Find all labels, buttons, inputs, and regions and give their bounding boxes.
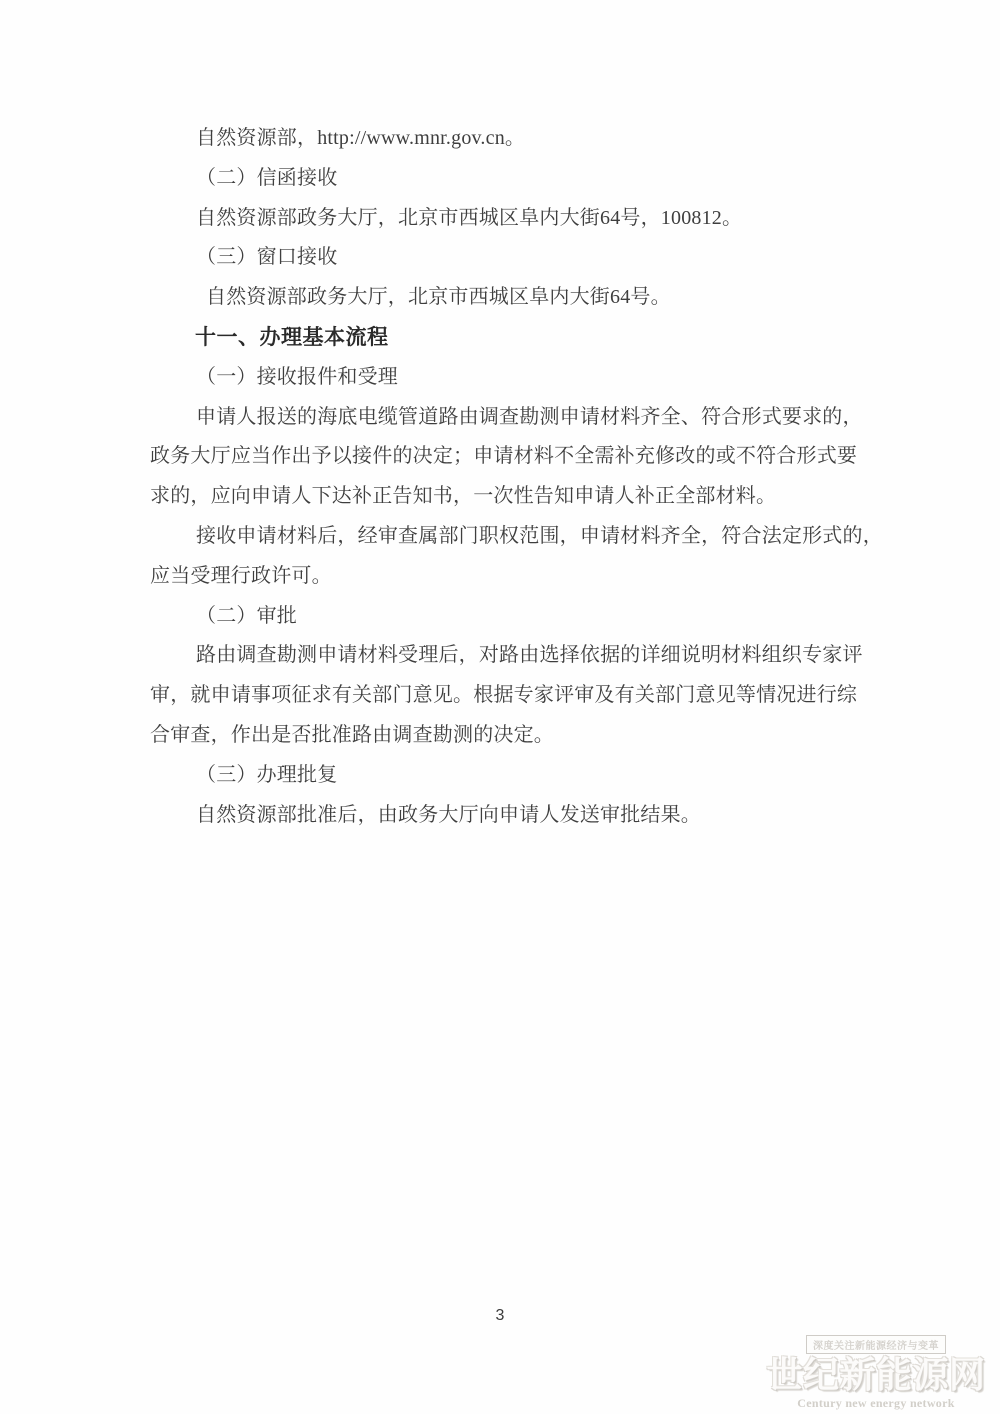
text-line: 自然资源部，http://www.mnr.gov.cn。 bbox=[150, 119, 857, 159]
text-line: 合审查，作出是否批准路由调查勘测的决定。 bbox=[150, 716, 857, 756]
text-line: 自然资源部政务大厅，北京市西城区阜内大街64号，100812。 bbox=[150, 199, 857, 239]
text-line: 求的，应向申请人下达补正告知书，一次性告知申请人补正全部材料。 bbox=[150, 477, 857, 517]
watermark: 深度关注新能源经济与变革 世纪新能源网 Century new energy n… bbox=[758, 1335, 994, 1411]
text-line: 接收申请材料后，经审查属部门职权范围，申请材料齐全，符合法定形式的， bbox=[150, 517, 857, 557]
text-line: 审，就申请事项征求有关部门意见。根据专家评审及有关部门意见等情况进行综 bbox=[150, 676, 857, 716]
text-line: 应当受理行政许可。 bbox=[150, 557, 857, 597]
text-line: （二）审批 bbox=[150, 597, 857, 637]
text-line: 申请人报送的海底电缆管道路由调查勘测申请材料齐全、符合形式要求的， bbox=[150, 398, 857, 438]
watermark-slogan: 深度关注新能源经济与变革 bbox=[806, 1335, 946, 1354]
text-line: （一）接收报件和受理 bbox=[150, 358, 857, 398]
document-page: 自然资源部，http://www.mnr.gov.cn。（二）信函接收自然资源部… bbox=[0, 0, 1000, 1414]
document-content: 自然资源部，http://www.mnr.gov.cn。（二）信函接收自然资源部… bbox=[150, 119, 857, 835]
page-number: 3 bbox=[0, 1307, 1000, 1325]
watermark-brand-logo: 世纪新能源网 bbox=[758, 1355, 994, 1395]
text-line: 自然资源部批准后，由政务大厅向申请人发送审批结果。 bbox=[150, 796, 857, 836]
text-line: 政务大厅应当作出予以接件的决定；申请材料不全需补充修改的或不符合形式要 bbox=[150, 437, 857, 477]
text-line: （二）信函接收 bbox=[150, 159, 857, 199]
section-heading: 十一、办理基本流程 bbox=[150, 318, 857, 358]
text-line: （三）窗口接收 bbox=[150, 238, 857, 278]
text-line: 自然资源部政务大厅，北京市西城区阜内大街64号。 bbox=[150, 278, 857, 318]
text-line: （三）办理批复 bbox=[150, 756, 857, 796]
text-line: 路由调查勘测申请材料受理后，对路由选择依据的详细说明材料组织专家评 bbox=[150, 636, 857, 676]
watermark-subtitle: Century new energy network bbox=[758, 1396, 994, 1411]
